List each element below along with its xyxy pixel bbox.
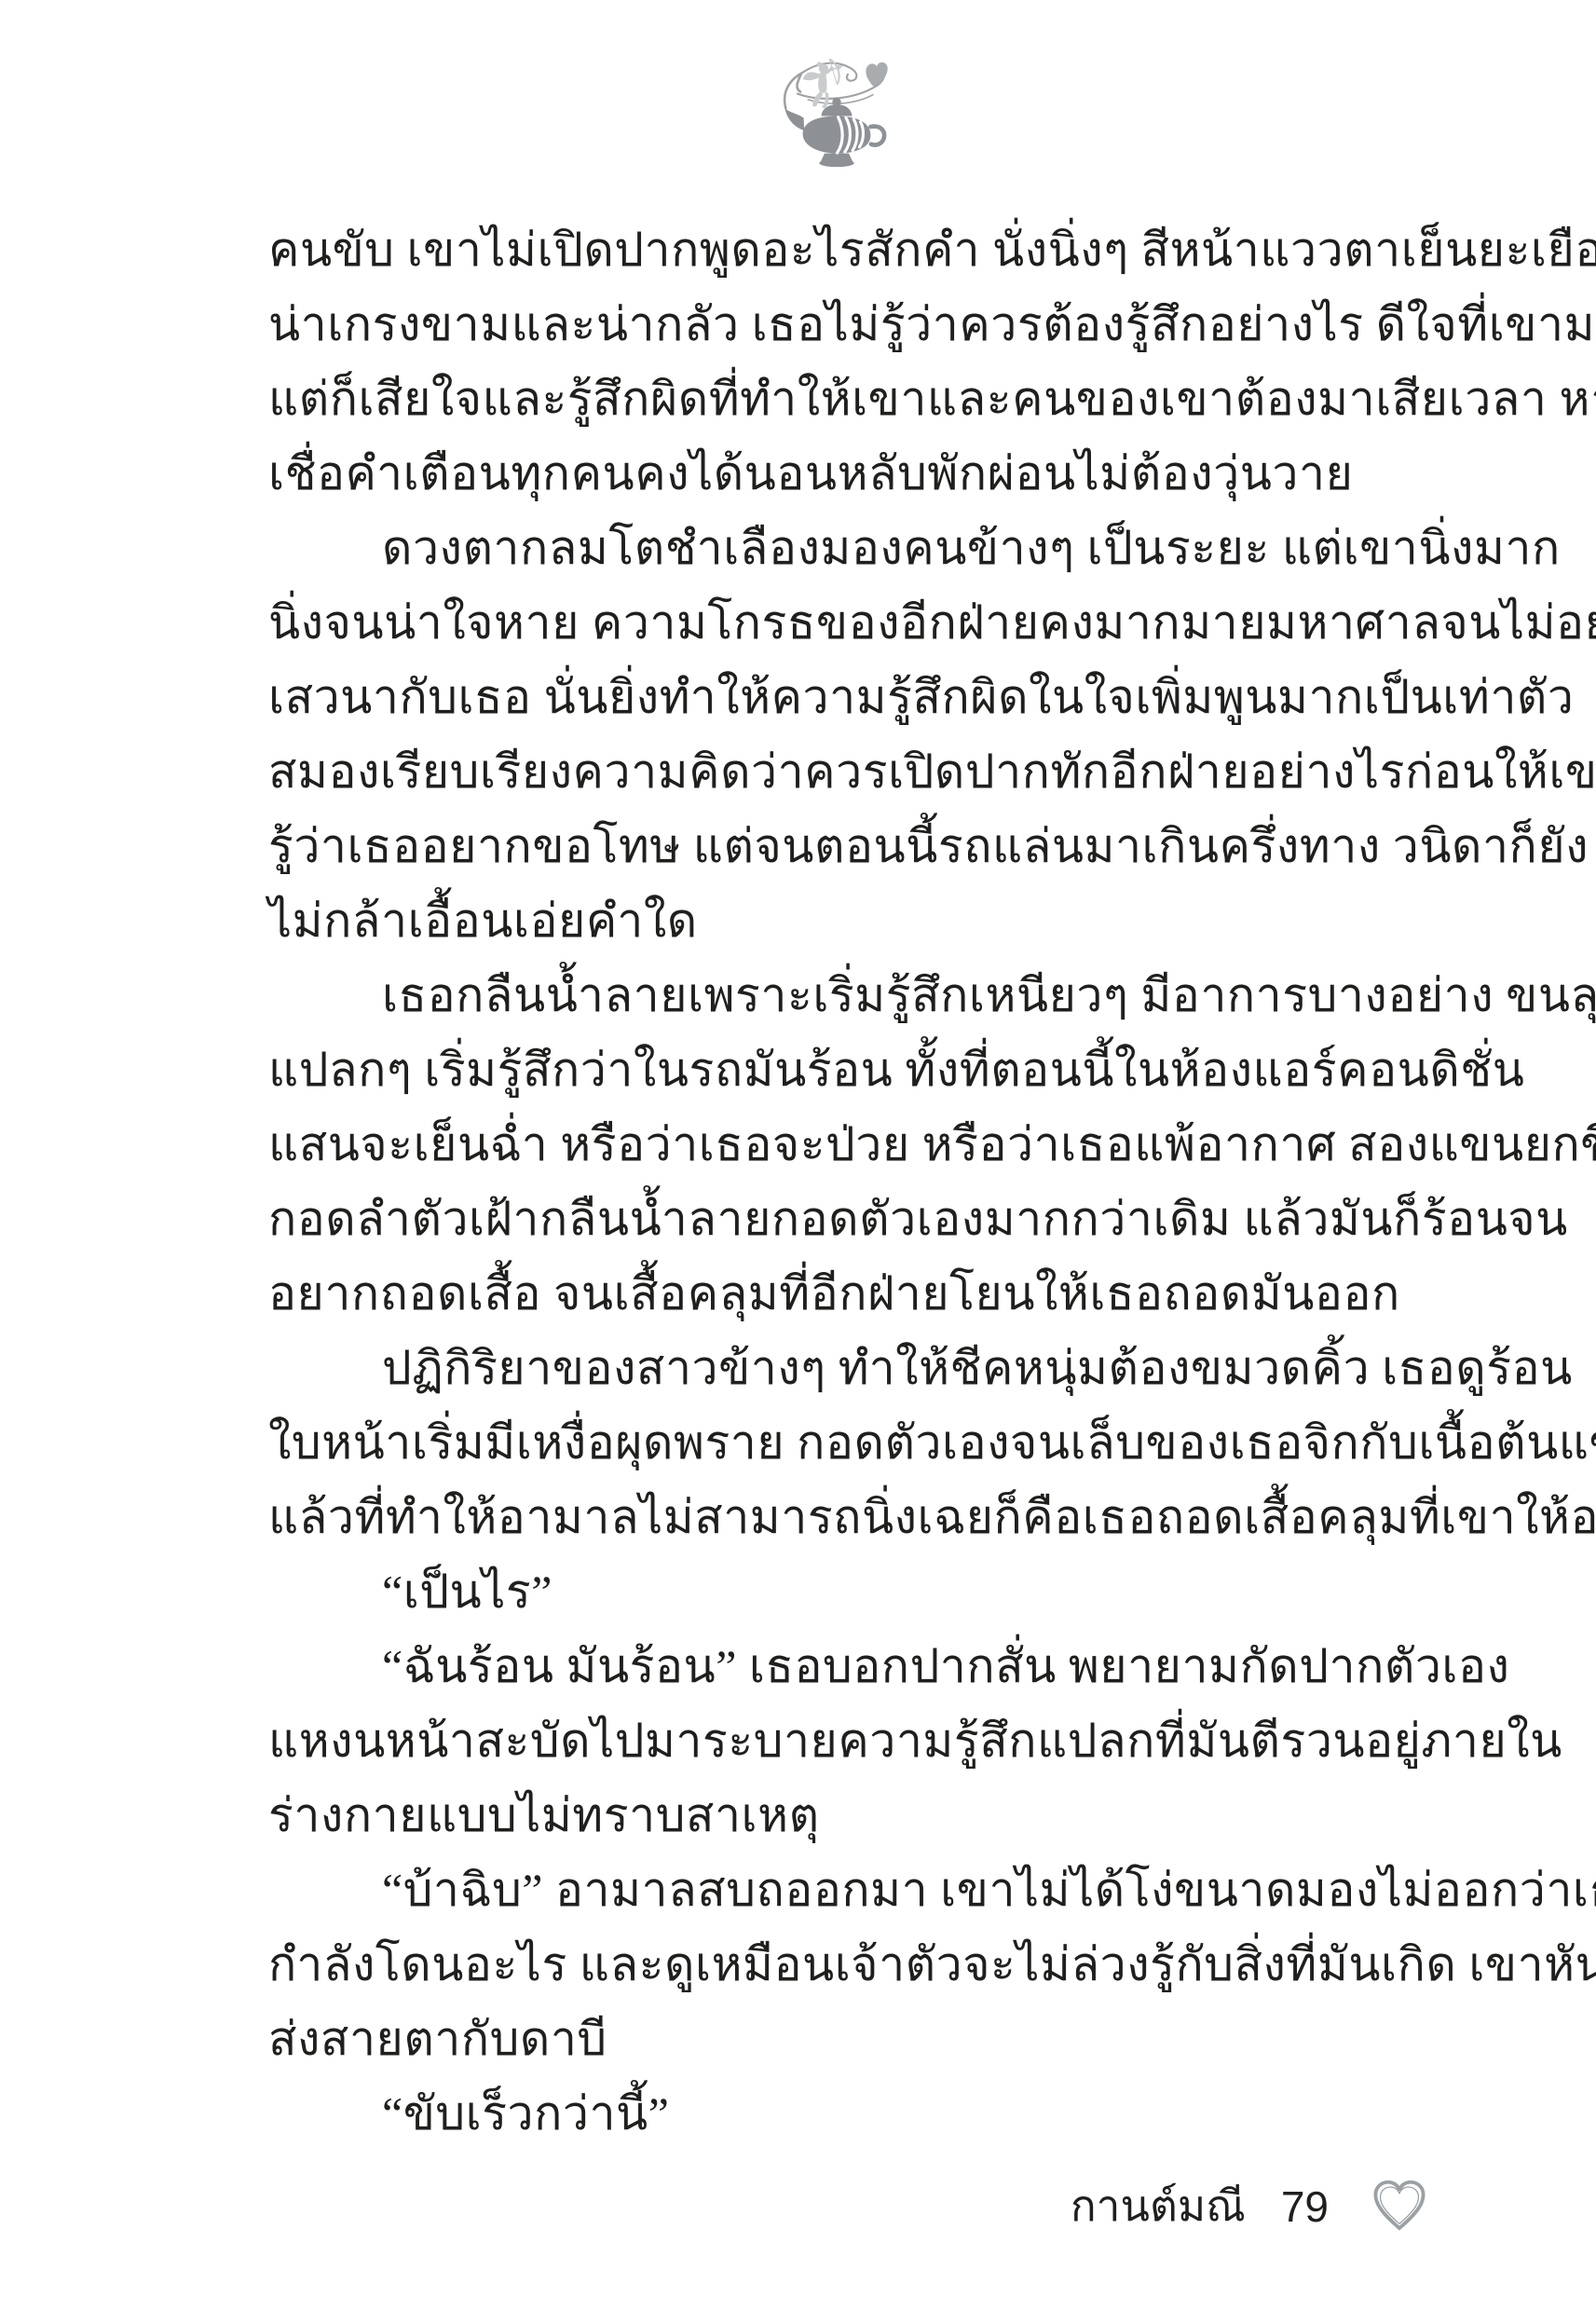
smoke-heart — [866, 62, 887, 87]
paragraph: เธอกลืนน้ำลายเพราะเริ่มรู้สึกเหนียวๆ มีอ… — [268, 958, 1429, 1331]
text-line: ร่างกายแบบไม่ทราบสาเหตุ — [268, 1778, 1429, 1853]
text-line: แหงนหน้าสะบัดไปมาระบายความรู้สึกแปลกที่ม… — [268, 1703, 1429, 1778]
paragraph: ดวงตากลมโตชำเลืองมองคนข้างๆ เป็นระยะ แต่… — [268, 511, 1429, 958]
text-line: แล้วที่ทำให้อามาลไม่สามารถนิ่งเฉยก็คือเธ… — [268, 1480, 1429, 1554]
book-title: กานต์มณี — [1071, 2173, 1246, 2240]
text-line: กำลังโดนอะไร และดูเหมือนเจ้าตัวจะไม่ล่วง… — [268, 1927, 1429, 2002]
text-line: ดวงตากลมโตชำเลืองมองคนข้างๆ เป็นระยะ แต่… — [268, 511, 1429, 585]
paragraph: คนขับ เขาไม่เปิดปากพูดอะไรสักคำ นั่งนิ่ง… — [268, 212, 1429, 511]
text-line: “บ้าฉิบ” อามาลสบถออกมา เขาไม่ได้โง่ขนาดม… — [268, 1853, 1429, 1927]
heart-icon — [1370, 2177, 1429, 2236]
lamp-cupid-ornament-graphic — [781, 54, 893, 175]
text-line: รู้ว่าเธออยากขอโทษ แต่จนตอนนี้รถแล่นมาเก… — [268, 809, 1429, 883]
text-line: คนขับ เขาไม่เปิดปากพูดอะไรสักคำ นั่งนิ่ง… — [268, 212, 1429, 287]
text-line: แสนจะเย็นฉ่ำ หรือว่าเธอจะป่วย หรือว่าเธอ… — [268, 1107, 1429, 1182]
text-line: ปฏิกิริยาของสาวข้างๆ ทำให้ชีคหนุ่มต้องขม… — [268, 1331, 1429, 1405]
text-line: ส่งสายตากับดาบี — [268, 2002, 1429, 2076]
body-text: คนขับ เขาไม่เปิดปากพูดอะไรสักคำ นั่งนิ่ง… — [268, 212, 1429, 2151]
paragraph: “ขับเร็วกว่านี้” — [268, 2076, 1429, 2151]
paragraph: “เป็นไร” — [268, 1554, 1429, 1629]
text-line: แปลกๆ เริ่มรู้สึกว่าในรถมันร้อน ทั้งที่ต… — [268, 1032, 1429, 1107]
text-line: “เป็นไร” — [268, 1554, 1429, 1629]
lamp-cupid-ornament — [781, 54, 893, 175]
text-line: “ขับเร็วกว่านี้” — [268, 2076, 1429, 2151]
text-line: เธอกลืนน้ำลายเพราะเริ่มรู้สึกเหนียวๆ มีอ… — [268, 958, 1429, 1032]
paragraph: ปฏิกิริยาของสาวข้างๆ ทำให้ชีคหนุ่มต้องขม… — [268, 1331, 1429, 1554]
page-number: 79 — [1281, 2173, 1329, 2240]
text-line: ไม่กล้าเอื้อนเอ่ยคำใด — [268, 883, 1429, 958]
book-page: คนขับ เขาไม่เปิดปากพูดอะไรสักคำ นั่งนิ่ง… — [0, 0, 1596, 2311]
page-footer: กานต์มณี 79 — [268, 2173, 1429, 2240]
text-line: น่าเกรงขามและน่ากลัว เธอไม่รู้ว่าควรต้อง… — [268, 287, 1429, 362]
text-line: สมองเรียบเรียงความคิดว่าควรเปิดปากทักอีก… — [268, 734, 1429, 809]
text-line: นิ่งจนน่าใจหาย ความโกรธของอีกฝ่ายคงมากมา… — [268, 585, 1429, 660]
text-line: “ฉันร้อน มันร้อน” เธอบอกปากสั่น พยายามกั… — [268, 1629, 1429, 1703]
text-line: แต่ก็เสียใจและรู้สึกผิดที่ทำให้เขาและคนข… — [268, 362, 1429, 436]
text-line: ใบหน้าเริ่มมีเหงื่อผุดพราย กอดตัวเองจนเล… — [268, 1405, 1429, 1480]
paragraph: “ฉันร้อน มันร้อน” เธอบอกปากสั่น พยายามกั… — [268, 1629, 1429, 1853]
paragraph: “บ้าฉิบ” อามาลสบถออกมา เขาไม่ได้โง่ขนาดม… — [268, 1853, 1429, 2076]
text-line: เสวนากับเธอ นั่นยิ่งทำให้ความรู้สึกผิดใน… — [268, 660, 1429, 734]
text-line: กอดลำตัวเฝ้ากลืนน้ำลายกอดตัวเองมากกว่าเด… — [268, 1182, 1429, 1256]
text-line: อยากถอดเสื้อ จนเสื้อคลุมที่อีกฝ่ายโยนให้… — [268, 1256, 1429, 1331]
text-line: เชื่อคำเตือนทุกคนคงได้นอนหลับพักผ่อนไม่ต… — [268, 436, 1429, 511]
